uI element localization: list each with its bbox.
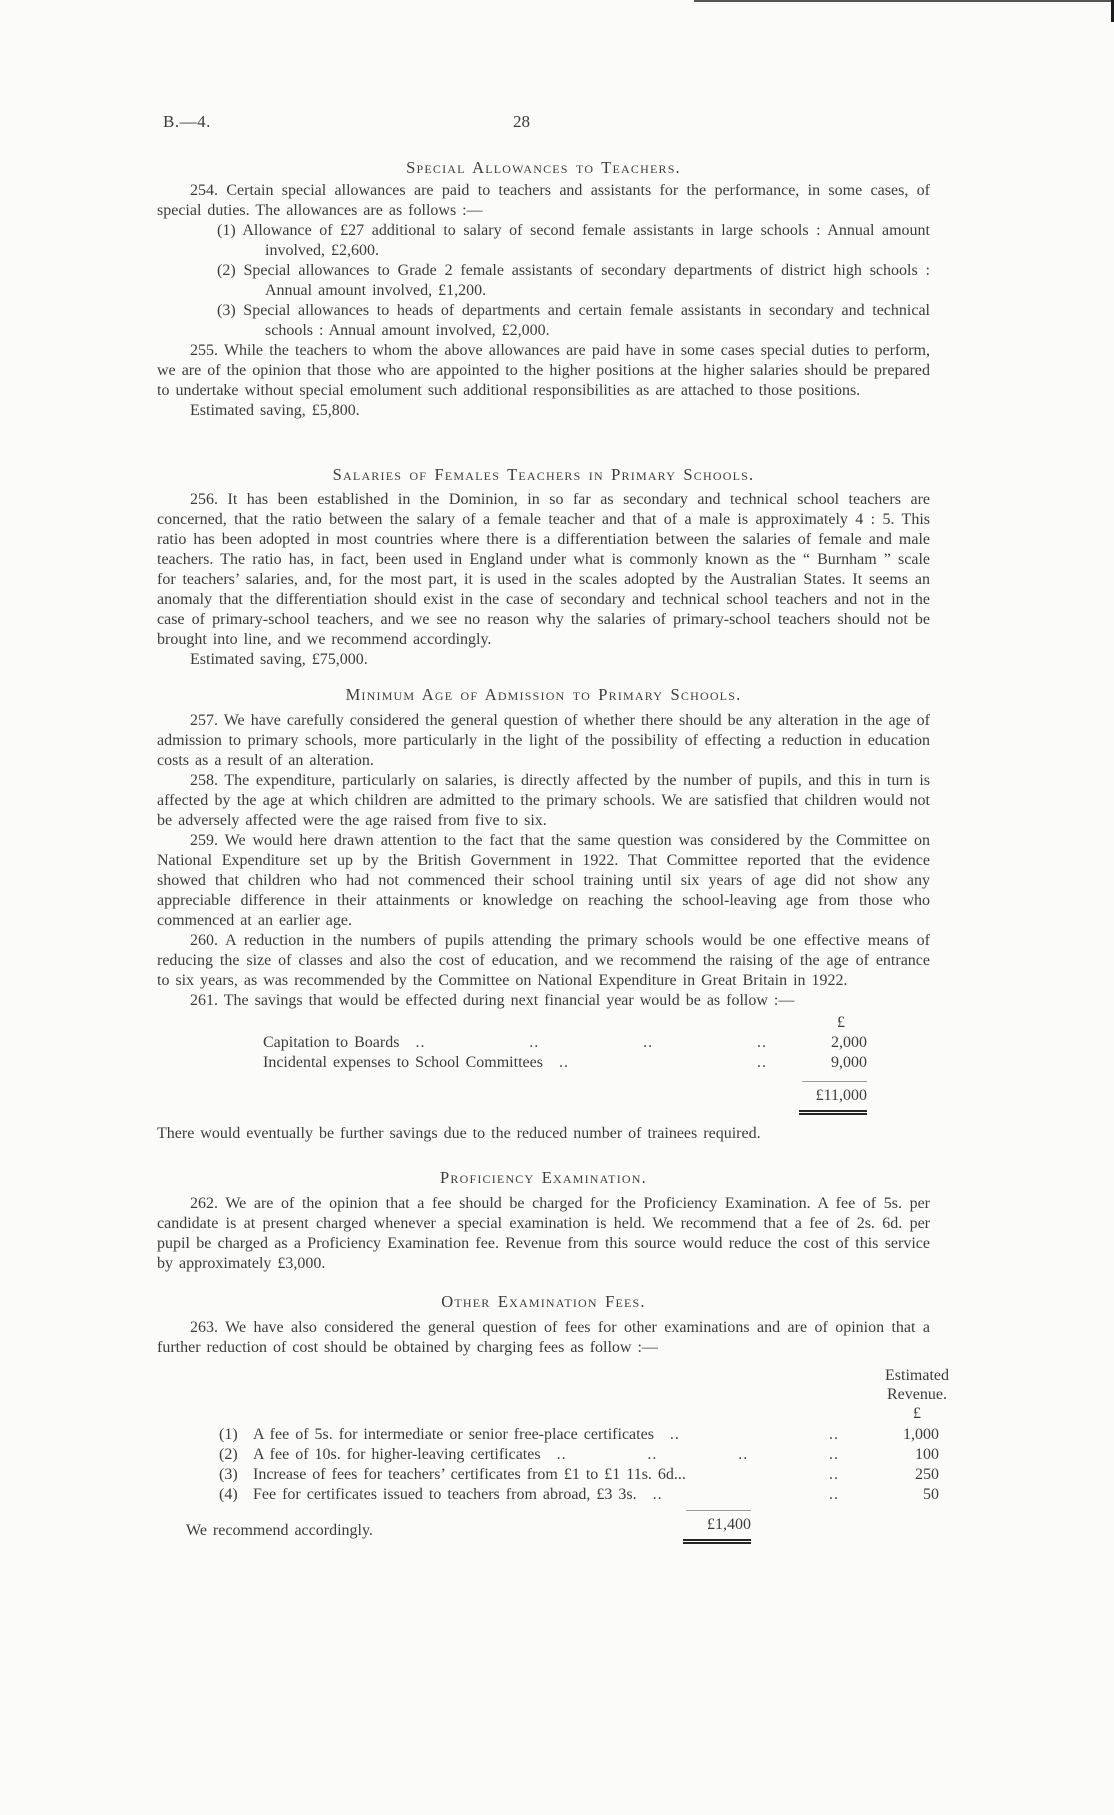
total-rule [686, 1510, 751, 1511]
scan-artifact-top-line [694, 0, 1114, 2]
estimated-saving-salaries: Estimated saving, £75,000. [157, 650, 930, 670]
paragraph-258: 258. The expenditure, particularly on sa… [157, 771, 930, 831]
fees-row-number: (4) [219, 1485, 253, 1505]
fees-table-row: (1) A fee of 5s. for intermediate or sen… [219, 1425, 939, 1445]
fees-total: £1,400 [707, 1515, 751, 1535]
dot-leaders: .. .. [637, 1485, 873, 1505]
paragraph-256: 256. It has been established in the Domi… [157, 490, 930, 650]
section-heading-other-examination-fees: Other Examination Fees. [157, 1292, 930, 1312]
fees-row-label: A fee of 10s. for higher-leaving certifi… [253, 1445, 541, 1465]
savings-table-row: Capitation to Boards .. .. .. .. 2,000 [263, 1033, 867, 1053]
fees-row-value: 100 [873, 1445, 939, 1465]
closing-remark: We recommend accordingly. [186, 1521, 373, 1544]
fees-row-label: Fee for certificates issued to teachers … [253, 1485, 637, 1505]
section-heading-proficiency-examination: Proficiency Examination. [157, 1168, 930, 1188]
paragraph-260: 260. A reduction in the numbers of pupil… [157, 931, 930, 991]
paragraph-255: 255. While the teachers to whom the abov… [157, 341, 930, 401]
dot-leaders: .. .. .. .. [399, 1033, 801, 1053]
estimated-revenue-header-line2: Revenue. [855, 1385, 979, 1404]
paragraph-254: 254. Certain special allowances are paid… [157, 181, 930, 221]
savings-total-block: £11,000 [263, 1078, 867, 1115]
savings-table: £ Capitation to Boards .. .. .. .. 2,000… [263, 1013, 867, 1115]
savings-total: £11,000 [816, 1086, 867, 1106]
paragraph-262: 262. We are of the opinion that a fee sh… [157, 1194, 930, 1274]
fees-table-row: (3) Increase of fees for teachers’ certi… [219, 1465, 939, 1485]
closing-row: We recommend accordingly. £1,400 [157, 1507, 930, 1544]
dot-leaders: .. [686, 1465, 873, 1485]
allowance-item-3: (3) Special allowances to heads of depar… [157, 301, 930, 341]
allowance-item-1: (1) Allowance of £27 additional to salar… [157, 221, 930, 261]
dot-leaders: .. .. .. .. [541, 1445, 873, 1465]
section-heading-salaries-female-teachers: Salaries of Females Teachers in Primary … [157, 465, 930, 485]
fees-row-number: (2) [219, 1445, 253, 1465]
estimated-saving-allowances: Estimated saving, £5,800. [157, 401, 930, 421]
estimated-revenue-header: Estimated Revenue. £ [855, 1366, 979, 1423]
fees-total-block: £1,400 [683, 1507, 751, 1544]
savings-row-label: Capitation to Boards [263, 1033, 399, 1053]
fees-row-number: (1) [219, 1425, 253, 1445]
fees-row-label: A fee of 5s. for intermediate or senior … [253, 1425, 654, 1445]
allowance-item-2: (2) Special allowances to Grade 2 female… [157, 261, 930, 301]
savings-row-value: 2,000 [801, 1033, 867, 1053]
document-reference: B.—4. [163, 112, 211, 132]
fees-row-value: 250 [873, 1465, 939, 1485]
estimated-revenue-header-line1: Estimated [855, 1366, 979, 1385]
page-number: 28 [513, 112, 530, 132]
paragraph-trainees-note: There would eventually be further saving… [157, 1124, 930, 1144]
total-rule [802, 1081, 867, 1082]
dot-leaders: .. .. [654, 1425, 873, 1445]
fees-table: Estimated Revenue. £ (1) A fee of 5s. fo… [219, 1366, 939, 1505]
fees-table-row: (4) Fee for certificates issued to teach… [219, 1485, 939, 1505]
fees-row-number: (3) [219, 1465, 253, 1485]
total-double-rule [683, 1539, 751, 1544]
paragraph-261: 261. The savings that would be effected … [157, 991, 930, 1011]
total-double-rule [799, 1110, 867, 1115]
fees-row-value: 1,000 [873, 1425, 939, 1445]
fees-table-row: (2) A fee of 10s. for higher-leaving cer… [219, 1445, 939, 1465]
savings-table-row: Incidental expenses to School Committees… [263, 1053, 867, 1073]
dot-leaders: .. .. [543, 1053, 801, 1073]
fees-currency-header: £ [855, 1404, 979, 1423]
savings-row-value: 9,000 [801, 1053, 867, 1073]
fees-row-label: Increase of fees for teachers’ certifica… [253, 1465, 686, 1485]
paragraph-257: 257. We have carefully considered the ge… [157, 711, 930, 771]
paragraph-263: 263. We have also considered the general… [157, 1318, 930, 1358]
paragraph-259: 259. We would here drawn attention to th… [157, 831, 930, 931]
section-heading-special-allowances: Special Allowances to Teachers. [157, 158, 930, 178]
savings-currency-header: £ [263, 1013, 867, 1033]
fees-row-value: 50 [873, 1485, 939, 1505]
section-heading-minimum-age: Minimum Age of Admission to Primary Scho… [157, 685, 930, 705]
savings-row-label: Incidental expenses to School Committees [263, 1053, 543, 1073]
page-header: B.—4. 28 [157, 112, 930, 134]
document-page: B.—4. 28 Special Allowances to Teachers.… [0, 0, 1114, 1815]
